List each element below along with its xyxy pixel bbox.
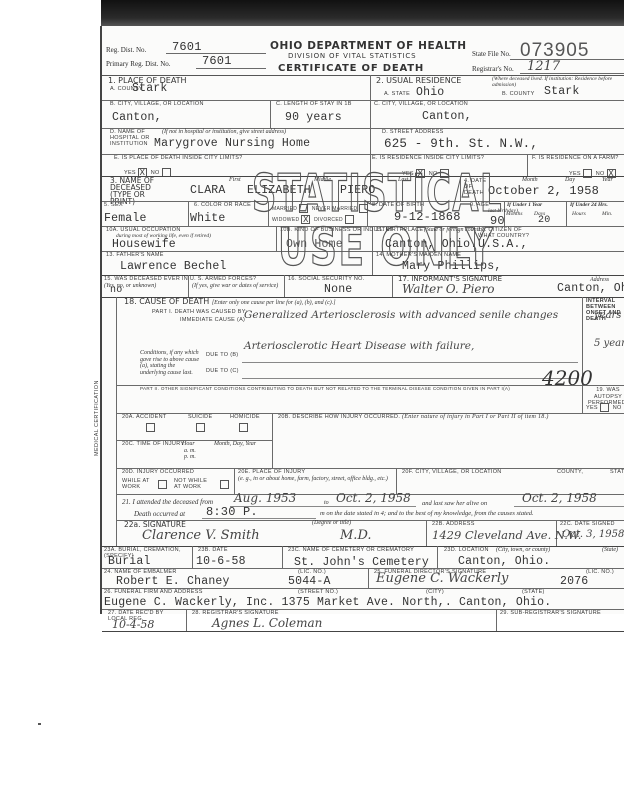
length-of-stay: 90 years: [285, 111, 342, 124]
due-b-label: DUE TO (b): [206, 352, 238, 358]
burial-location-label: 23d. LOCATION: [444, 547, 489, 553]
father-name: Lawrence Bechel: [120, 260, 227, 273]
registrar-signature: Agnes L. Coleman: [212, 616, 322, 630]
injury-county-label: COUNTY,: [557, 469, 583, 475]
state-file-label: State File No.: [472, 50, 511, 58]
scan-speck: [38, 723, 41, 725]
hospital-label: d. NAME OF HOSPITAL OR INSTITUTION: [110, 129, 150, 147]
father-label: 13. FATHER'S NAME: [106, 252, 164, 258]
firm-label: 26. FUNERAL FIRM AND ADDRESS: [104, 589, 203, 595]
hour-label: Hour: [182, 441, 195, 447]
date-of-death: October 2, 1958: [488, 184, 599, 198]
part1-label: PART I. DEATH WAS CAUSED BY:: [152, 309, 247, 315]
day-label: Day: [565, 177, 575, 183]
part2-label: PART II. OTHER SIGNIFICANT CONDITIONS CO…: [140, 386, 510, 391]
race-label: 6. COLOR OR RACE: [194, 202, 251, 208]
pm-label: p. m.: [184, 454, 196, 460]
injury-state-label: STATE: [610, 469, 624, 475]
not-while-at-work-checkbox[interactable]: [220, 480, 229, 489]
farm-label: f. IS RESIDENCE ON A FARM?: [532, 155, 619, 161]
hospital-name: Marygrove Nursing Home: [154, 137, 310, 150]
accident-label: 20a. ACCIDENT: [122, 414, 167, 420]
death-occurred-at: 8:30 P.: [206, 505, 258, 519]
physician-address-label: 22b. ADDRESS: [432, 521, 475, 527]
hours-label: Hours: [572, 211, 586, 217]
cause-code: 4200: [542, 366, 593, 390]
injury-city-label: 20f. CITY, VILLAGE, OR LOCATION: [402, 469, 502, 475]
social-security-no: None: [324, 283, 352, 296]
interval-b: 5 years: [594, 338, 624, 349]
date-received: 10-4-58: [112, 618, 154, 631]
state-label: (STATE): [522, 589, 545, 595]
time-label: 20c. TIME OF INJURY: [122, 441, 184, 447]
interval-a: years: [594, 310, 621, 321]
stay-label: c. LENGTH OF STAY IN 1b: [276, 101, 352, 107]
burial-date-label: 23b. DATE: [198, 547, 228, 553]
attended-to: Oct. 2, 1958: [336, 491, 411, 505]
reg-dist-value: 7601: [172, 40, 202, 54]
reg-dist-label: Reg. Dist. No.: [106, 46, 146, 54]
accident-checkbox[interactable]: [146, 423, 155, 432]
year-label: Year: [602, 177, 613, 183]
under-year-label: If Under 1 Year: [507, 202, 542, 208]
last-saw-label: and last saw her alive on: [422, 500, 487, 507]
primary-reg-value: 7601: [202, 54, 232, 68]
first-label: First: [229, 177, 241, 183]
while-at-work-checkbox[interactable]: [158, 480, 167, 489]
homicide-label: HOMICIDE: [230, 414, 260, 420]
scan-dark-edge: [101, 0, 624, 26]
attended-from: Aug. 1953: [234, 491, 296, 505]
place-of-injury-label: 20e. PLACE OF INJURY: [238, 469, 305, 475]
residence-county: Stark: [544, 85, 580, 98]
mdy-label: Month, Day, Year: [214, 441, 256, 447]
conditions-note: Conditions, if any which gave rise to ab…: [140, 350, 202, 376]
death-city: Canton,: [112, 111, 162, 124]
first-name: CLARA: [190, 184, 226, 197]
director-license: 2076: [560, 575, 588, 588]
armed-note-2: (If yes, give war or dates of service): [192, 283, 278, 289]
armed-forces-label: 15. WAS DECEASED EVER IN U. S. ARMED FOR…: [104, 276, 256, 282]
suicide-checkbox[interactable]: [196, 423, 205, 432]
certificate-title: CERTIFICATE OF DEATH: [278, 63, 424, 74]
embalmer-name: Robert E. Chaney: [116, 575, 230, 588]
informant-address: Canton, Ohio.: [557, 282, 624, 295]
month-label: Month: [522, 177, 538, 183]
residence-county-label: b. COUNTY: [502, 91, 535, 97]
autopsy-yes-checkbox[interactable]: [600, 403, 609, 412]
use-only-stamp: USE ONLY: [278, 218, 494, 278]
death-city-label: b. CITY, VILLAGE, OR LOCATION: [110, 101, 204, 107]
inside-limits-label: e. IS PLACE OF DEATH INSIDE CITY LIMITS?: [114, 155, 243, 161]
attended-label: 21. I attended the deceased from: [122, 498, 213, 506]
homicide-checkbox[interactable]: [239, 423, 248, 432]
death-at-suffix: m on the date stated in 4; and to the be…: [320, 510, 534, 517]
director-lic-label: (LIC. NO.): [586, 569, 614, 575]
registrar-no-value: 1217: [527, 59, 560, 74]
hospital-note: (If not in hospital or institution, give…: [162, 129, 286, 135]
due-to-b: Arteriosclerotic Heart Disease with fail…: [244, 339, 580, 353]
physician-degree: M.D.: [340, 528, 372, 543]
months-label: Months: [506, 211, 523, 217]
suicide-label: SUICIDE: [188, 414, 212, 420]
burial-location: Canton, Ohio.: [458, 555, 550, 568]
death-county: Stark: [132, 82, 168, 95]
death-at-label: Death occurred at: [134, 510, 185, 518]
primary-reg-label: Primary Reg. Dist. No.: [106, 60, 171, 68]
date-signed: Oct. 3, 1958: [562, 529, 624, 540]
residence-state: Ohio: [416, 86, 444, 99]
residence-inside-limits-label: e. IS RESIDENCE INSIDE CITY LIMITS?: [372, 155, 484, 161]
immediate-cause: Generalized Arteriosclerosis with advanc…: [244, 308, 580, 322]
medical-certification-label: MEDICAL CERTIFICATION: [94, 380, 100, 456]
describe-injury-label: 20b. DESCRIBE HOW INJURY OCCURRED. (Ente…: [278, 414, 549, 420]
state-note: (State): [602, 547, 618, 553]
embalmer-license: 5044-A: [288, 575, 331, 588]
physician-address: 1429 Cleveland Ave. N.W.: [432, 528, 581, 542]
physician-signature: Clarence V. Smith: [142, 528, 260, 543]
immediate-label: IMMEDIATE CAUSE (a): [180, 317, 245, 323]
residence-street: 625 - 9th. St. N.W.,: [384, 137, 538, 151]
registrar-no-label: Registrar's No.: [472, 65, 514, 73]
funeral-firm: Eugene C. Wackerly, Inc. 1375 Market Ave…: [104, 596, 551, 609]
subregistrar-label: 29. SUB-REGISTRAR'S SIGNATURE: [500, 610, 601, 616]
sex-label: 5. SEX: [104, 202, 123, 208]
place-of-injury-note: (e. g., in or about home, farm, factory,…: [238, 476, 394, 482]
death-certificate: Reg. Dist. No. 7601 Primary Reg. Dist. N…: [100, 26, 624, 614]
cause-section: 18. CAUSE OF DEATH [Enter only one cause…: [124, 297, 336, 306]
injury-occurred-label: 20d. INJURY OCCURRED: [122, 469, 194, 475]
sex: Female: [104, 212, 147, 225]
autopsy-choice: YES NOX: [586, 403, 624, 412]
occupation: Housewife: [112, 238, 176, 251]
dept-title: OHIO DEPARTMENT OF HEALTH: [270, 40, 467, 52]
street-no-label: (STREET NO.): [298, 589, 338, 595]
date-signed-label: 22c. DATE SIGNED: [560, 521, 615, 527]
armed-forces: no: [110, 285, 122, 296]
street-label: d. STREET ADDRESS: [382, 129, 444, 135]
not-while-at-work-label: NOT WHILE AT WORK: [174, 478, 214, 490]
informant-signature: Walter O. Piero: [402, 282, 495, 296]
location-note: (City, town, or county): [496, 547, 550, 553]
burial-type: Burial: [108, 555, 151, 568]
residence-city: Canton,: [422, 110, 472, 123]
usual-residence-section: 2. USUAL RESIDENCE: [376, 76, 461, 85]
min-label: Min.: [602, 211, 612, 217]
division-title: DIVISION OF VITAL STATISTICS: [288, 52, 416, 60]
director-signature: Eugene C. Wackerly: [376, 571, 508, 586]
residence-state-label: a. STATE: [384, 91, 410, 97]
statistical-stamp: STATISTICAL: [252, 164, 503, 224]
while-at-work-label: WHILE AT WORK: [122, 478, 152, 490]
under-24-label: If Under 24 Hrs.: [570, 202, 608, 208]
residence-city-label: c. CITY, VILLAGE, OR LOCATION: [374, 101, 468, 107]
due-c-label: DUE TO (c): [206, 368, 239, 374]
race: White: [190, 212, 226, 225]
burial-date: 10-6-58: [196, 555, 246, 568]
cemetery-label: 23c. NAME OF CEMETERY OR CREMATORY: [288, 547, 414, 553]
degree-label: (Degree or title): [312, 520, 351, 526]
last-saw-alive: Oct. 2, 1958: [522, 491, 597, 505]
city-label: (CITY): [426, 589, 444, 595]
age-days: 20: [538, 215, 550, 226]
